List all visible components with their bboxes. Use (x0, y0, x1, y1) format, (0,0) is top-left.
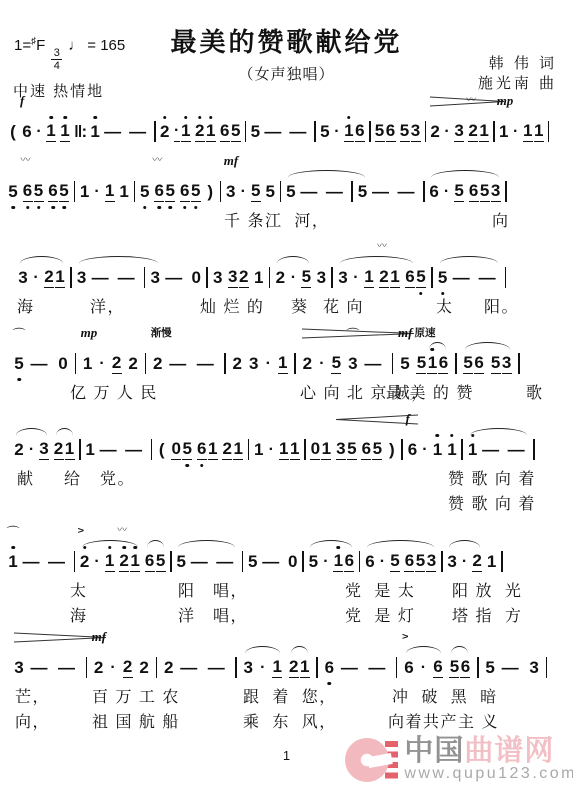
dot-token: · (99, 334, 105, 374)
note-token: 2 (54, 420, 64, 460)
note-row: 3·213——3—033212·533·12〰1655—— (18, 248, 511, 288)
lyric-chunk: 党 是 灯 (345, 603, 415, 626)
note-token: 0 (191, 248, 201, 288)
lyric-chunk: 向 (492, 208, 510, 231)
dash-token: — (31, 638, 52, 678)
note-token: 2〰 (468, 102, 478, 142)
barline (505, 181, 507, 202)
dot-token: · (110, 638, 116, 678)
dash-token: — (31, 334, 52, 374)
note-token: 3 (316, 248, 326, 288)
note-token: 2 (112, 334, 122, 374)
barline (533, 439, 535, 460)
barline (505, 267, 507, 288)
dot-token: · (323, 532, 329, 572)
lyric-chunk: 唱， (213, 603, 248, 626)
note-token: 6 (460, 638, 470, 678)
note-token: 6〰 (23, 162, 33, 202)
note-token: 6 (361, 420, 371, 460)
octave-dot-above (198, 116, 202, 120)
dot-token: · (174, 102, 180, 142)
note-token: 3 (18, 248, 28, 288)
dash-token: — (92, 248, 113, 288)
barline (151, 439, 153, 460)
note-token: 0 (171, 420, 181, 460)
note-token: 1 (432, 420, 442, 460)
barline (455, 353, 457, 374)
mordent-icon: 〰 (466, 95, 474, 107)
note-token: 3 (336, 420, 346, 460)
dash-token: — (118, 248, 139, 288)
barline (220, 181, 222, 202)
note-token: 5 (438, 248, 448, 288)
note-token: 1 (181, 102, 191, 142)
barline (134, 181, 136, 202)
barline (425, 121, 427, 142)
octave-dot-below (17, 378, 21, 382)
dash-token: — (169, 334, 190, 374)
barline (145, 353, 147, 374)
dot-token: · (94, 162, 100, 202)
note-token: 5 (372, 420, 382, 460)
accent-icon: > (78, 526, 84, 536)
lyric-chunk: 党。 (100, 466, 135, 489)
dash-token: — (502, 638, 523, 678)
dot-token: · (36, 102, 42, 142)
watermark: 中国曲谱网 www.qupu123.com (345, 737, 573, 783)
accent-icon: > (402, 632, 408, 642)
slur-icon (147, 540, 164, 549)
note-token: 1 (278, 334, 288, 374)
slur-icon (56, 428, 73, 437)
lyric-chunk: 太 (436, 294, 454, 317)
dash-token: — (191, 532, 212, 572)
lyric-chunk: 歌 (526, 380, 544, 403)
barline (441, 551, 443, 572)
note-token: 1 (105, 162, 115, 202)
octave-dot-below (419, 292, 423, 296)
dot-token: · (268, 420, 274, 460)
note-token: 5 (449, 638, 459, 678)
note-token: 6 (197, 420, 207, 460)
note-row: (6f·11‖:1——2·121655——5·1656532·32〰11mp·1… (8, 102, 553, 142)
barline (74, 181, 76, 202)
dash-token: — (197, 334, 218, 374)
note-token: ) (205, 162, 215, 202)
octave-dot-below (11, 206, 15, 210)
note-token: 6 (220, 102, 230, 142)
music-system: 5⌒—01mp·222渐慢——23·12·53⌒—5mf5原速165653亿 万… (14, 334, 526, 374)
note-token: 5 (390, 532, 400, 572)
note-token: 6 (386, 102, 396, 142)
dot-token: · (462, 532, 468, 572)
barline (74, 551, 76, 572)
note-token: 5 (34, 162, 44, 202)
octave-dot-below (37, 206, 41, 210)
note-token: 2 (239, 248, 249, 288)
note-token: 5 (301, 248, 311, 288)
note-token: 1 (90, 102, 100, 142)
dynamic-marking: mp (497, 95, 514, 107)
note-token: 1mp (83, 334, 93, 374)
note-token: 2> (80, 532, 90, 572)
dash-token: — (23, 532, 44, 572)
barline (280, 181, 282, 202)
note-token: 6〰 (154, 162, 164, 202)
note-token: ( (157, 420, 167, 460)
note-token: 3 (426, 532, 436, 572)
note-token: 6 (180, 162, 190, 202)
dot-token: · (260, 638, 266, 678)
music-system: 3——2mf·222——3·1216——6>·6565—3芒，百 万 工 农跟 … (14, 638, 554, 678)
lyric-chunk: 灿 烂 的 (200, 294, 264, 317)
dash-token: — (300, 162, 321, 202)
barline (369, 121, 371, 142)
dash-token: — (508, 420, 529, 460)
note-token: 1 (333, 532, 343, 572)
note-token: 5 (191, 162, 201, 202)
dot-token: · (353, 248, 359, 288)
dash-token: — (264, 102, 285, 142)
dynamic-marking: mp (81, 327, 98, 339)
barline (331, 267, 333, 288)
lyric-chunk: 党 是 太 (345, 578, 415, 601)
dynamic-marking: mf (92, 631, 106, 643)
barline (269, 267, 271, 288)
note-token: 1 (46, 102, 56, 142)
dash-token: — (216, 532, 237, 572)
note-token: 1 (206, 102, 216, 142)
lyric-chunk: 葵 (291, 294, 309, 317)
barline (294, 353, 296, 374)
note-token: 1 (60, 102, 70, 142)
dash-token: — (326, 162, 347, 202)
dot-token: · (420, 638, 426, 678)
dash-token: — (58, 638, 79, 678)
note-token: 5 (331, 334, 341, 374)
octave-dot-below (51, 206, 55, 210)
note-token: 2 (44, 248, 54, 288)
lyric-chunk: 阳。 (484, 294, 519, 317)
note-token: 1 (279, 420, 289, 460)
slur-icon (245, 646, 280, 655)
dash-token: — (208, 638, 229, 678)
barline (156, 657, 158, 678)
note-token: 6 (469, 162, 479, 202)
note-token: 0 (58, 334, 68, 374)
slur-icon (440, 256, 498, 265)
barline (86, 657, 88, 678)
barline (359, 551, 361, 572)
note-token: 2 (160, 102, 170, 142)
octave-dot-below (62, 206, 66, 210)
note-token: 6 (344, 532, 354, 572)
octave-dot-above (184, 116, 188, 120)
note-token: 5 (165, 162, 175, 202)
note-token: 3 (39, 420, 49, 460)
note-token: 5 (375, 102, 385, 142)
note-token: 1 (468, 420, 478, 460)
lyric-chunk: 赞 歌 向 着 (448, 466, 536, 489)
slur-icon (406, 646, 441, 655)
lyric-chunk: 花 向 (323, 294, 364, 317)
dot-token: · (94, 532, 100, 572)
mordent-icon: 〰 (21, 155, 29, 167)
note-token: 3 (411, 102, 421, 142)
barline (79, 439, 81, 460)
tie-icon: ⌒ (12, 329, 25, 341)
slur-icon (451, 646, 468, 655)
slur-icon (288, 170, 365, 179)
note-token: 5⌒ (14, 334, 24, 374)
octave-dot-above (93, 116, 97, 120)
mordent-icon: 〰 (152, 155, 160, 167)
barline (304, 439, 306, 460)
note-token: 2〰 (379, 248, 389, 288)
note-token: 6 (438, 334, 448, 374)
note-token: 5 (485, 638, 495, 678)
barline (314, 121, 316, 142)
note-token: 5 (8, 162, 18, 202)
barline (546, 657, 548, 678)
dynamic-marking: f (405, 413, 409, 425)
octave-dot-below (183, 206, 187, 210)
octave-dot-below (157, 206, 161, 210)
note-row: 56〰5651·1156〰565)3mf·555——5——6·5653 (8, 162, 511, 202)
lyric-chunk: 向着共产主 义 (388, 709, 499, 732)
dot-token: · (422, 420, 428, 460)
note-token: 5 (491, 334, 501, 374)
note-row: 3——2mf·222——3·1216——6>·6565—3 (14, 638, 554, 678)
dot-token: · (33, 248, 39, 288)
lyric-chunk: 亿 万 人 民 (70, 380, 158, 403)
note-token: 5 (250, 102, 260, 142)
note-token: 6 (405, 248, 415, 288)
note-token: 5 (415, 532, 425, 572)
barline (70, 267, 72, 288)
octave-dot-below (26, 206, 30, 210)
barline (154, 121, 156, 142)
note-token: 3 (454, 102, 464, 142)
note-token: 1 (390, 248, 400, 288)
note-token: 6 (355, 102, 365, 142)
note-token: 5原速 (416, 334, 426, 374)
note-token: 3 (249, 334, 259, 374)
note-token: 5mf (400, 334, 410, 374)
note-token: 2〰 (119, 532, 129, 572)
slur-icon (16, 428, 47, 437)
note-token: 3 (338, 248, 348, 288)
octave-dot-above (347, 116, 351, 120)
note-token: 1 (427, 334, 437, 374)
note-token: 2 (128, 334, 138, 374)
dash-token: — (341, 638, 362, 678)
note-token: 3 (447, 532, 457, 572)
note-token: 1 (55, 248, 65, 288)
note-token: 2mf (94, 638, 104, 678)
octave-dot-below (194, 206, 198, 210)
music-system: 3·213——3—033212·533·12〰1655——海洋，灿 烂 的葵花 … (18, 248, 511, 288)
octave-dot-above (209, 116, 213, 120)
barline (518, 353, 520, 374)
dash-token: — (48, 532, 69, 572)
note-token: 1mp (499, 102, 509, 142)
barline (351, 181, 353, 202)
note-token: 1 (300, 638, 310, 678)
note-token: 2渐慢 (153, 334, 163, 374)
barline (224, 353, 226, 374)
note-token: 1 (344, 102, 354, 142)
note-token: 2 (164, 638, 174, 678)
lyric-chunk: 跟 着 您， (243, 684, 337, 707)
note-token: 5 (357, 162, 367, 202)
dynamic-marking: mf (398, 327, 412, 339)
note-token: 5 (176, 532, 186, 572)
lyric-chunk: 唱， (213, 578, 248, 601)
note-token: 1⌒ (8, 532, 18, 572)
note-token: 2 (430, 102, 440, 142)
note-token: 1 (105, 532, 115, 572)
barline (392, 353, 394, 374)
lyric-chunk: 塔 指 方 (452, 603, 522, 626)
octave-dot-above (163, 116, 167, 120)
music-system: (6f·11‖:1——2·121655——5·1656532·32〰11mp·1… (8, 102, 553, 142)
dash-token: — (479, 248, 500, 288)
slur-icon (20, 256, 63, 265)
dash-token: — (289, 102, 310, 142)
slur-icon (429, 342, 446, 351)
barline (144, 267, 146, 288)
note-token: 1 (254, 248, 264, 288)
note-token: 5 (400, 102, 410, 142)
note-token: 5 (286, 162, 296, 202)
dot-token: · (334, 102, 340, 142)
note-row: 5⌒—01mp·222渐慢——23·12·53⌒—5mf5原速165653 (14, 334, 526, 374)
note-token: 5 (416, 248, 426, 288)
lyric-chunk: 最 美 的 赞 (386, 380, 474, 403)
dash-token: — (482, 420, 503, 460)
barline (235, 657, 237, 678)
note-token: 1 (290, 420, 300, 460)
note-row: 1⌒——2>·12〰1655——5—05·166·56533·21 (8, 532, 507, 572)
slur-icon (178, 540, 235, 549)
note-token: 1 (447, 420, 457, 460)
note-token: 2 (232, 334, 242, 374)
note-token: 6 (474, 334, 484, 374)
note-token: 6 (324, 638, 334, 678)
note-token: 3⌒ (348, 334, 358, 374)
watermark-brand: 中国曲谱网 (404, 737, 573, 765)
watermark-url: www.qupu123.com (404, 765, 573, 783)
barline (248, 439, 250, 460)
dot-token: · (265, 334, 271, 374)
note-token: 2 (222, 420, 232, 460)
octave-dot-below (200, 464, 204, 468)
note-token: 5 (265, 162, 275, 202)
dash-token: — (453, 248, 474, 288)
music-system: 56〰5651·1156〰565)3mf·555——5——6·5653千 条江 … (8, 162, 511, 202)
lyric-chunk: 献 (17, 466, 35, 489)
note-token: 5 (320, 102, 330, 142)
octave-dot-above (436, 434, 440, 438)
barline (477, 657, 479, 678)
note-token: 5 (454, 162, 464, 202)
note-token: 2 (123, 638, 133, 678)
note-token: 6 (433, 638, 443, 678)
dot-token: · (240, 162, 246, 202)
note-token: 2 (472, 532, 482, 572)
note-token: 1 (80, 162, 90, 202)
note-token: 1 (208, 420, 218, 460)
barline (245, 121, 247, 142)
octave-dot-above (11, 546, 15, 550)
note-token: 3 (491, 162, 501, 202)
octave-dot-below (185, 464, 189, 468)
note-token: 3 (502, 334, 512, 374)
lyric-chunk: 祖 国 航 船 (92, 709, 180, 732)
note-token: 6f (407, 420, 417, 460)
sheet-music-page: 1=♯F34♩= 165 最美的赞歌献给党 （女声独唱） 韩 伟 词 施光南 曲… (0, 0, 573, 789)
dash-token: — (165, 248, 186, 288)
barline (242, 551, 244, 572)
barline (206, 267, 208, 288)
note-token: 5 (308, 532, 318, 572)
barline (493, 121, 495, 142)
lyric-chunk: 乘 东 风， (243, 709, 337, 732)
note-token: 5 (182, 420, 192, 460)
note-token: 6 (365, 532, 375, 572)
lyric-chunk: 向， (15, 709, 50, 732)
slur-icon (465, 342, 510, 351)
note-row: 2·3211——(0561211·11013565)6f·111—— (14, 420, 539, 460)
barline (431, 267, 433, 288)
dash-token: — (364, 334, 385, 374)
note-token: 5 (463, 334, 473, 374)
slur-icon (310, 540, 352, 549)
note-token: 3 (14, 638, 24, 678)
slur-icon (291, 646, 308, 655)
dash-token: — (372, 162, 393, 202)
note-token: 5 (347, 420, 357, 460)
note-token: 2 (139, 638, 149, 678)
mordent-icon: 〰 (377, 241, 385, 253)
lyric-chunk: 海 (17, 294, 35, 317)
octave-dot-above (63, 116, 67, 120)
note-token: 1 (119, 162, 129, 202)
note-token: 1 (321, 420, 331, 460)
note-token: ‖: (74, 102, 86, 142)
barline (401, 439, 403, 460)
lyric-chunk: 赞 歌 向 着 (448, 491, 536, 514)
slur-icon (431, 170, 499, 179)
note-token: 5 (140, 162, 150, 202)
octave-dot-above (49, 116, 53, 120)
dot-token: · (29, 420, 35, 460)
note-token: 5 (251, 162, 261, 202)
note-token: 3 (150, 248, 160, 288)
barline (461, 439, 463, 460)
note-token: 5 (156, 532, 166, 572)
note-token: ( (8, 102, 18, 142)
octave-dot-below (168, 206, 172, 210)
note-token: 6 (404, 532, 414, 572)
dynamic-marking: mf (224, 155, 238, 167)
lyric-chunk: 洋 (178, 603, 196, 626)
note-token: 6f (22, 102, 32, 142)
note-token: 6 (145, 532, 155, 572)
note-token: 3mf (226, 162, 236, 202)
dash-token: — (368, 638, 389, 678)
